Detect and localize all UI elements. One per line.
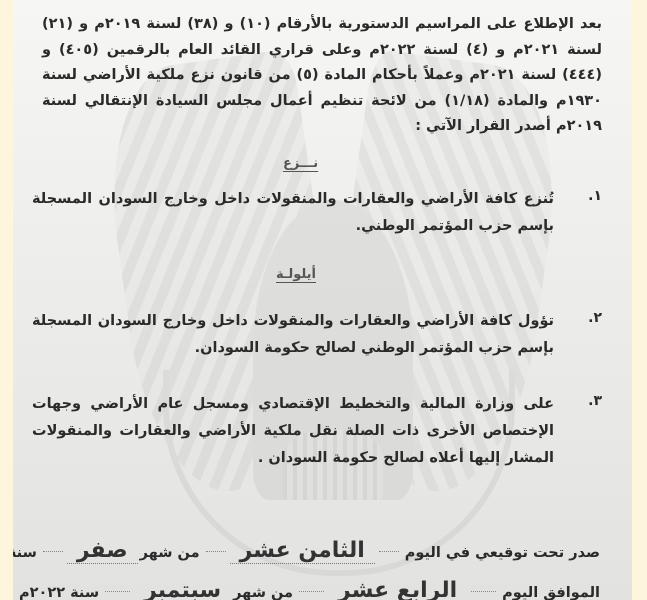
dotted-leader xyxy=(379,550,399,552)
signature-date-gregorian: الموافق اليوم الرابع عشر من شهر سبتمبر س… xyxy=(17,578,602,600)
clause-number: ٢. xyxy=(554,308,602,326)
section-heading-confiscation: نـــزع xyxy=(283,156,318,171)
handwritten-month: سبتمبر xyxy=(134,578,231,600)
corresponding-label: الموافق اليوم xyxy=(500,585,602,600)
clause-text: على وزارة المالية والتخطيط الإقتصادي ومس… xyxy=(32,391,554,472)
clause-number: ١. xyxy=(554,186,602,204)
clause-1: ١. تُنزع كافة الأراضي والعقارات والمنقول… xyxy=(32,186,602,240)
clause-text: تؤول كافة الأراضي والعقارات والمنقولات د… xyxy=(32,308,554,362)
month-label: من شهر xyxy=(231,585,295,600)
handwritten-month: صفر xyxy=(67,538,138,564)
issued-label: صدر تحت توقيعي في اليوم xyxy=(403,545,602,561)
dotted-leader xyxy=(471,590,496,592)
clause-text: تُنزع كافة الأراضي والعقارات والمنقولات … xyxy=(32,186,554,240)
year-label: سنة ٢٠٢٢م xyxy=(17,585,101,600)
document-content: بعد الإطلاع على المراسيم الدستورية بالأر… xyxy=(13,0,632,600)
year-label: سنة ١٤٤٤هـ xyxy=(13,545,39,561)
dotted-leader xyxy=(299,590,324,592)
clause-2: ٢. تؤول كافة الأراضي والعقارات والمنقولا… xyxy=(32,308,602,362)
dotted-leader xyxy=(206,550,226,552)
dotted-leader xyxy=(43,550,63,552)
scanned-document-page: بعد الإطلاع على المراسيم الدستورية بالأر… xyxy=(13,0,632,600)
handwritten-day: الرابع عشر xyxy=(328,578,467,600)
handwritten-day: الثامن عشر xyxy=(230,538,375,564)
month-label: من شهر xyxy=(138,545,202,561)
signature-date-hijri: صدر تحت توقيعي في اليوم الثامن عشر من شه… xyxy=(17,538,602,564)
clause-number: ٣. xyxy=(554,391,602,409)
section-heading-transfer: أيلولـة xyxy=(276,267,316,282)
dotted-leader xyxy=(105,590,130,592)
decree-preamble: بعد الإطلاع على المراسيم الدستورية بالأر… xyxy=(42,12,602,140)
clause-3: ٣. على وزارة المالية والتخطيط الإقتصادي … xyxy=(32,391,602,472)
